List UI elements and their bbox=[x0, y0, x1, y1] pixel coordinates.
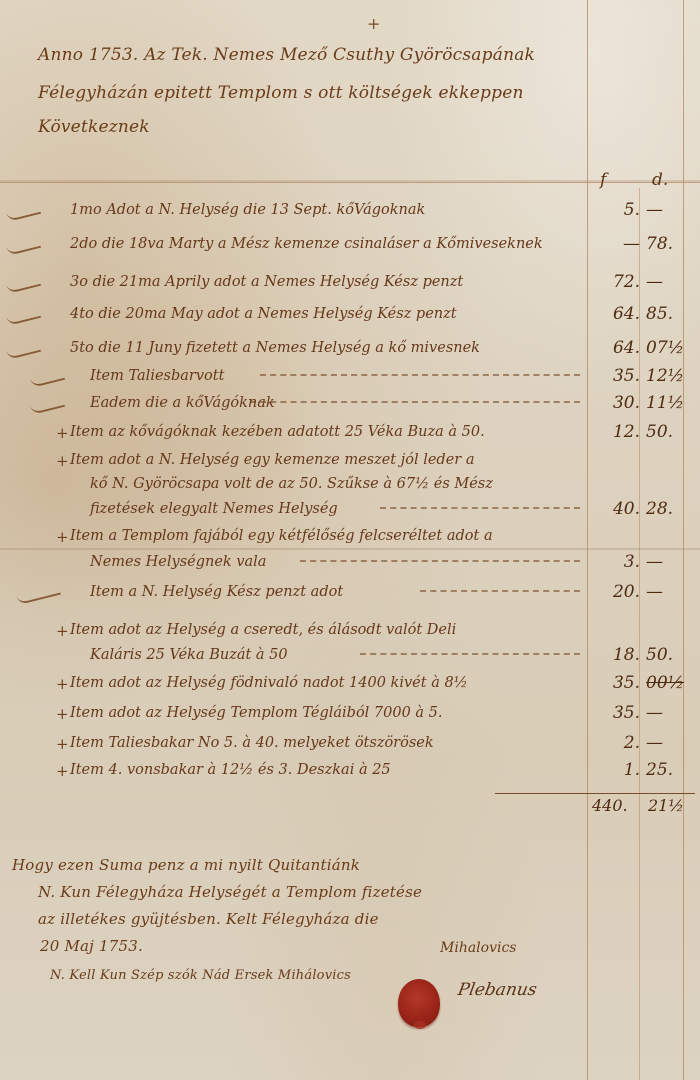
entry-denars: 78. bbox=[646, 234, 690, 254]
entry-denars: 28. bbox=[646, 499, 690, 519]
entry-description: 2do die 18va Marty a Mész kemenze csinal… bbox=[70, 236, 543, 252]
header-rule bbox=[0, 182, 700, 183]
entry-florins: 18. bbox=[598, 645, 640, 665]
entry-denars: 11½ bbox=[646, 393, 690, 413]
entry-description: Item Taliesbakar No 5. à 40. melyeket öt… bbox=[70, 735, 434, 751]
ledger-row: Eadem die a kőVágóknak30.11½ bbox=[0, 393, 700, 419]
ledger-row: +Item adot az Helység Templom Tégláiból … bbox=[0, 703, 700, 729]
ledger-row: +Item adot az Helység a cseredt, és álás… bbox=[0, 620, 700, 646]
leader-dots bbox=[300, 560, 580, 563]
entry-description: Item adot az Helység födnivaló nadot 140… bbox=[70, 675, 468, 691]
plus-mark-icon: + bbox=[56, 735, 69, 753]
entry-denars: — bbox=[646, 272, 690, 292]
ledger-row: Item a N. Helység Kész penzt adot20.— bbox=[0, 582, 700, 608]
entry-denars: — bbox=[646, 733, 690, 753]
ledger-row: +Item adot az Helység födnivaló nadot 14… bbox=[0, 673, 700, 699]
entry-denars: 12½ bbox=[646, 366, 690, 386]
entry-description: kő N. Györöcsapa volt de az 50. Szűkse à… bbox=[90, 476, 493, 492]
plus-mark-icon: + bbox=[56, 762, 69, 780]
header-line-1: Anno 1753. Az Tek. Nemes Mező Csuthy Gyö… bbox=[38, 42, 535, 68]
ledger-row: Kaláris 25 Véka Buzát à 5018.50. bbox=[0, 645, 700, 671]
ledger-row: kő N. Györöcsapa volt de az 50. Szűkse à… bbox=[0, 474, 700, 500]
entry-denars: — bbox=[646, 582, 690, 602]
entry-description: Item adot az Helység a cseredt, és áláso… bbox=[70, 622, 456, 638]
entry-description: 5to die 11 Juny fizetett a Nemes Helység… bbox=[70, 340, 480, 356]
ledger-row: +Item Taliesbakar No 5. à 40. melyeket ö… bbox=[0, 733, 700, 759]
header-line-2: Félegyházán epitett Templom s ott költsé… bbox=[38, 80, 524, 106]
column-header-denars: d. bbox=[652, 170, 668, 190]
ledger-row: Nemes Helységnek vala3.— bbox=[0, 552, 700, 578]
entry-denars: 85. bbox=[646, 304, 690, 324]
entry-denars: 25. bbox=[646, 760, 690, 780]
entry-florins: 1. bbox=[598, 760, 640, 780]
entry-description: Kaláris 25 Véka Buzát à 50 bbox=[90, 647, 288, 663]
entry-description: Item Taliesbarvott bbox=[90, 368, 224, 384]
entry-description: Item adot a N. Helység egy kemenze mesze… bbox=[70, 452, 475, 468]
entry-florins: 20. bbox=[598, 582, 640, 602]
attestation-date: 20 Maj 1753. bbox=[40, 933, 143, 960]
check-tick-icon bbox=[15, 581, 61, 605]
entry-description: 1mo Adot a N. Helység die 13 Sept. kőVág… bbox=[70, 202, 425, 218]
ledger-row: 3o die 21ma Aprily adot a Nemes Helység … bbox=[0, 272, 700, 298]
total-florins: 440. bbox=[592, 796, 628, 815]
entry-florins: 40. bbox=[598, 499, 640, 519]
entry-denars: — bbox=[646, 703, 690, 723]
entry-denars: 50. bbox=[646, 422, 690, 442]
entry-description: 3o die 21ma Aprily adot a Nemes Helység … bbox=[70, 274, 463, 290]
entry-florins: 30. bbox=[598, 393, 640, 413]
leader-dots bbox=[420, 590, 580, 593]
plus-mark-icon: + bbox=[56, 705, 69, 723]
entry-florins: 35. bbox=[598, 673, 640, 693]
entry-description: fizetések elegyalt Nemes Helység bbox=[90, 501, 338, 517]
entry-denars: 07½ bbox=[646, 338, 690, 358]
entry-denars: 00½ bbox=[646, 673, 690, 693]
total-denars: 21½ bbox=[648, 796, 684, 815]
attestation-line-2: N. Kun Félegyháza Helységét a Templom fi… bbox=[38, 879, 422, 906]
header-line-3: Következnek bbox=[38, 114, 150, 140]
top-cross-mark: + bbox=[367, 14, 380, 33]
entry-description: Item 4. vonsbakar à 12½ és 3. Deszkai à … bbox=[70, 762, 391, 778]
ledger-row: 2do die 18va Marty a Mész kemenze csinal… bbox=[0, 234, 700, 260]
entry-description: Item adot az Helység Templom Tégláiból 7… bbox=[70, 705, 443, 721]
check-tick-icon bbox=[5, 272, 41, 294]
entry-florins: 35. bbox=[598, 366, 640, 386]
entry-denars: — bbox=[646, 200, 690, 220]
entry-florins: 64. bbox=[598, 338, 640, 358]
entry-description: Item a Templom fajából egy kétfélőség fe… bbox=[70, 528, 493, 544]
leader-dots bbox=[250, 401, 580, 404]
ledger-row: 4to die 20ma May adot a Nemes Helység Ké… bbox=[0, 304, 700, 330]
check-tick-icon bbox=[5, 304, 41, 326]
entry-florins: 72. bbox=[598, 272, 640, 292]
entry-description: Item a N. Helység Kész penzt adot bbox=[90, 584, 343, 600]
leader-dots bbox=[360, 653, 580, 656]
ledger-row: Item Taliesbarvott35.12½ bbox=[0, 366, 700, 392]
wax-seal bbox=[398, 979, 440, 1027]
check-tick-icon bbox=[29, 393, 65, 415]
entry-florins: — bbox=[598, 234, 640, 254]
entry-florins: 3. bbox=[598, 552, 640, 572]
plus-mark-icon: + bbox=[56, 675, 69, 693]
entry-description: Item az kővágóknak kezében adatott 25 Vé… bbox=[70, 424, 485, 440]
ledger-row: +Item a Templom fajából egy kétfélőség f… bbox=[0, 526, 700, 552]
leader-dots bbox=[380, 507, 580, 510]
entry-description: 4to die 20ma May adot a Nemes Helység Ké… bbox=[70, 306, 457, 322]
signer-title: Plebanus bbox=[456, 980, 538, 1000]
entry-denars: 50. bbox=[646, 645, 690, 665]
ledger-row: +Item adot a N. Helység egy kemenze mesz… bbox=[0, 450, 700, 476]
ledger-row: +Item az kővágóknak kezében adatott 25 V… bbox=[0, 422, 700, 448]
signature-line: N. Kell Kun Szép szók Nád Ersek Mihálovi… bbox=[50, 962, 351, 989]
ledger-row: 1mo Adot a N. Helység die 13 Sept. kőVág… bbox=[0, 200, 700, 226]
plus-mark-icon: + bbox=[56, 528, 69, 546]
plus-mark-icon: + bbox=[56, 424, 69, 442]
check-tick-icon bbox=[5, 234, 41, 256]
entry-denars: — bbox=[646, 552, 690, 572]
attestation-line-3: az illetékes gyüjtésben. Kelt Félegyháza… bbox=[38, 906, 379, 933]
check-tick-icon bbox=[5, 200, 41, 222]
column-header-florins: f bbox=[600, 170, 606, 190]
entry-florins: 64. bbox=[598, 304, 640, 324]
entry-florins: 35. bbox=[598, 703, 640, 723]
leader-dots bbox=[260, 374, 580, 377]
entry-florins: 2. bbox=[598, 733, 640, 753]
ledger-row: 5to die 11 Juny fizetett a Nemes Helység… bbox=[0, 338, 700, 364]
entry-description: Eadem die a kőVágóknak bbox=[90, 395, 275, 411]
plus-mark-icon: + bbox=[56, 622, 69, 640]
signer-name: Mihalovics bbox=[440, 940, 517, 956]
check-tick-icon bbox=[29, 366, 65, 388]
sum-rule bbox=[495, 793, 695, 794]
entry-description: Nemes Helységnek vala bbox=[90, 554, 266, 570]
entry-florins: 12. bbox=[598, 422, 640, 442]
plus-mark-icon: + bbox=[56, 452, 69, 470]
attestation-line-1: Hogy ezen Suma penz a mi nyilt Quitantiá… bbox=[12, 852, 360, 879]
check-tick-icon bbox=[5, 338, 41, 360]
entry-florins: 5. bbox=[598, 200, 640, 220]
ledger-row: +Item 4. vonsbakar à 12½ és 3. Deszkai à… bbox=[0, 760, 700, 786]
ledger-row: fizetések elegyalt Nemes Helység40.28. bbox=[0, 499, 700, 525]
